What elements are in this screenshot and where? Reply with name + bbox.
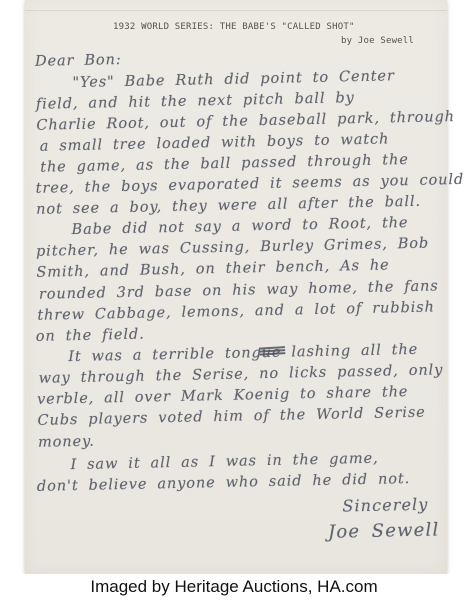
letter-line: I saw it all as I was in the game, xyxy=(70,451,378,473)
letter-line: "Yes" Babe Ruth did point to Center xyxy=(72,68,395,91)
letter-line: on the field. xyxy=(36,327,145,345)
letter-line: don't believe anyone who said he did not… xyxy=(37,471,411,495)
letter-line: threw Cabbage, lemons, and a lot of rubb… xyxy=(37,299,435,323)
letter-line: Smith, and Bush, on their bench, As he xyxy=(36,257,389,280)
letter-line: Babe did not say a word to Root, the xyxy=(71,215,408,238)
letter-line: rounded 3rd base on his way home, the fa… xyxy=(39,278,439,302)
letter-line: money. xyxy=(38,434,95,451)
letter-line: pitcher, he was Cussing, Burley Grimes, … xyxy=(36,236,429,260)
letter-line: the game, as the ball passed through the xyxy=(40,152,409,176)
letter-line: Charlie Root, out of the baseball park, … xyxy=(36,109,455,134)
letter-page: 1932 WORLD SERIES: THE BABE'S "CALLED SH… xyxy=(25,0,447,574)
signature: Joe Sewell xyxy=(328,519,440,542)
letter-line: field, and hit the next pitch ball by xyxy=(36,90,355,113)
letter-line: way through the Serise, no licks passed,… xyxy=(39,362,444,386)
letter-line: a small tree loaded with boys to watch xyxy=(40,131,390,154)
letter-line: tree, the boys evaporated it seems as yo… xyxy=(36,172,465,197)
letter-line: Cubs players voted him of the World Seri… xyxy=(37,405,425,429)
footer-caption: Imaged by Heritage Auctions, HA.com xyxy=(90,577,377,597)
letter-salutation: Dear Bon: xyxy=(35,52,122,70)
auction-image: 1932 WORLD SERIES: THE BABE'S "CALLED SH… xyxy=(0,0,468,600)
letter-line: verble, all over Mark Koenig to share th… xyxy=(37,384,409,408)
letter-line: It was a terrible tongue lashing all the xyxy=(68,342,418,365)
valediction: Sincerely xyxy=(342,495,428,516)
letter-line: not see a boy, they were all after the b… xyxy=(36,194,421,218)
footer-bar: Imaged by Heritage Auctions, HA.com xyxy=(0,574,468,600)
handwritten-body: Dear Bon: "Yes" Babe Ruth did point to C… xyxy=(24,0,458,574)
